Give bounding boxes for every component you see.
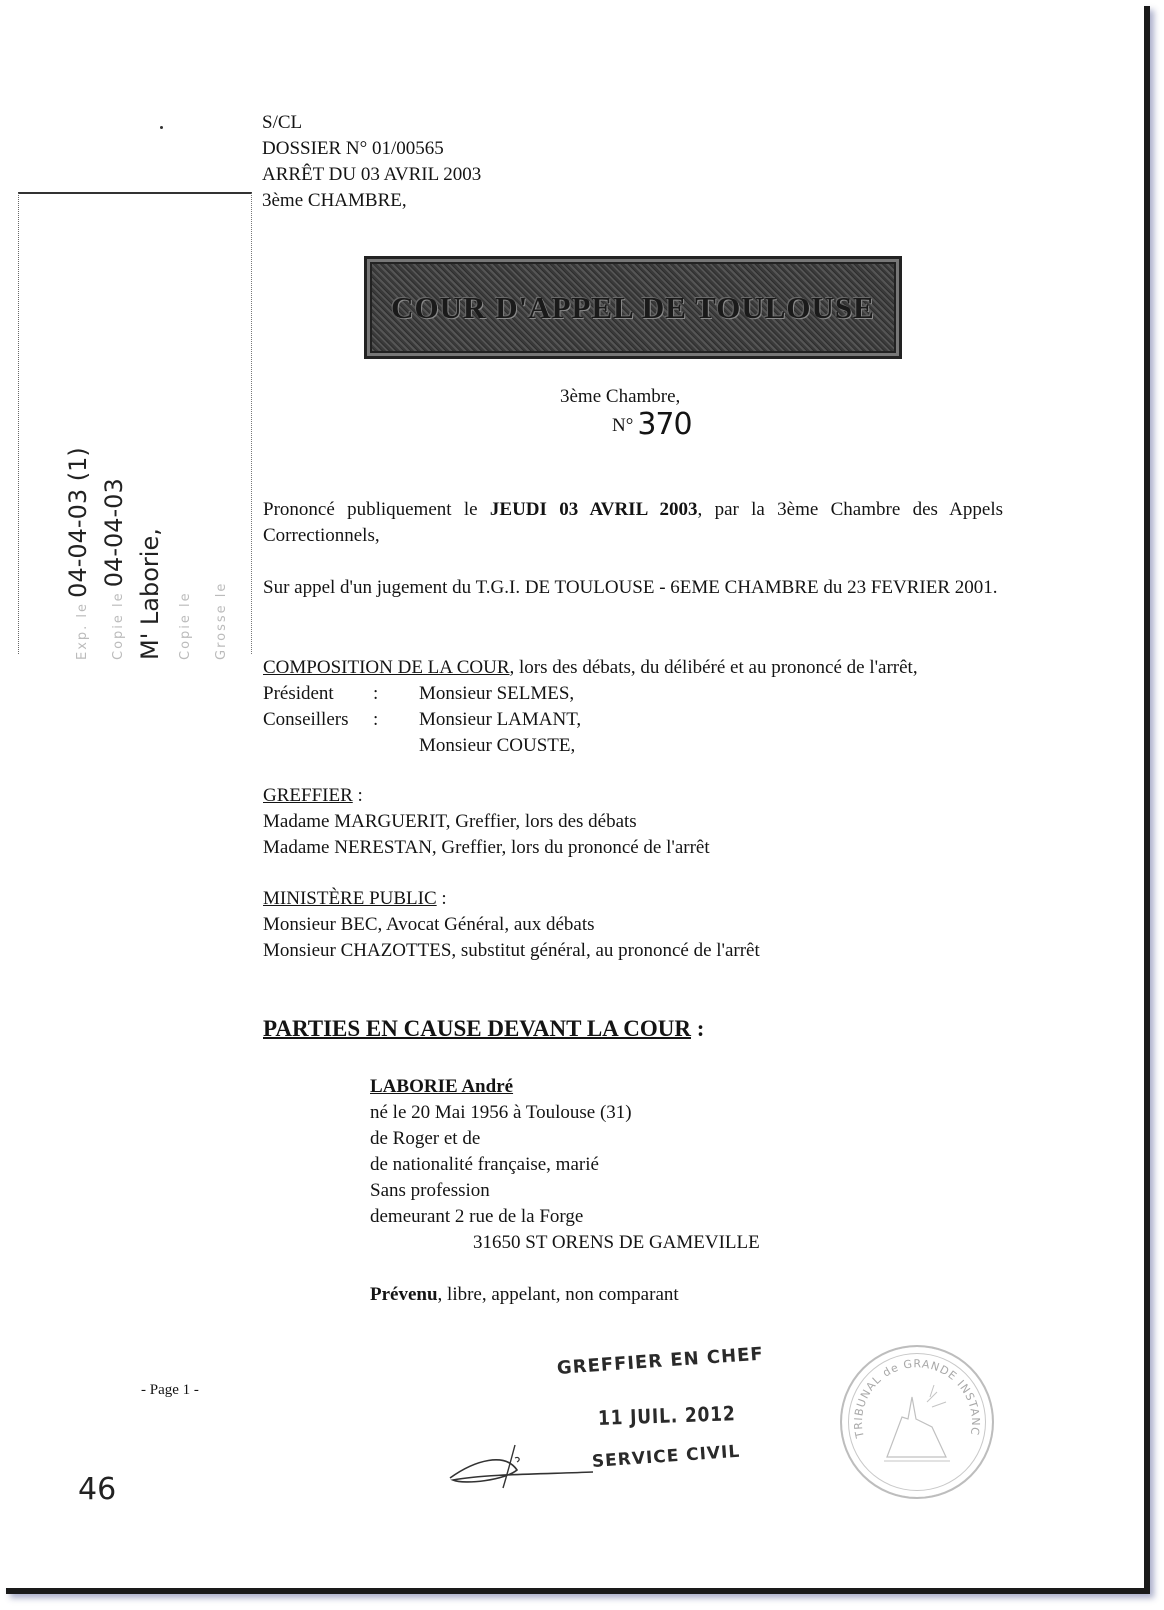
member-row: Conseillers : Monsieur LAMANT, xyxy=(263,707,1003,733)
party-line: né le 20 Mai 1956 à Toulouse (31) xyxy=(370,1100,760,1126)
dossier-number: DOSSIER N° 01/00565 xyxy=(262,136,481,162)
party-status: Prévenu, libre, appelant, non comparant xyxy=(370,1282,760,1308)
signature-icon xyxy=(445,1440,595,1490)
margin-note-copie: Copie le 04-04-03 xyxy=(96,447,132,660)
party-line: de nationalité française, marié xyxy=(370,1152,760,1178)
greffier-heading: GREFFIER : xyxy=(263,783,1003,809)
ministere-heading: MINISTÈRE PUBLIC : xyxy=(263,886,1003,912)
party-line: Sans profession xyxy=(370,1178,760,1204)
ministere-line: Monsieur CHAZOTTES, substitut général, a… xyxy=(263,938,1003,964)
page-number: - Page 1 - xyxy=(141,1382,199,1399)
court-name: COUR D'APPEL DE TOULOUSE xyxy=(391,290,875,326)
seal-graphic: TRIBUNAL de GRANDE INSTANCE de TOULOUSE xyxy=(842,1347,992,1497)
court-banner: COUR D'APPEL DE TOULOUSE xyxy=(364,256,902,359)
party-name: LABORIE André xyxy=(370,1074,760,1100)
stamp-service-civil: SERVICE CIVIL xyxy=(591,1442,741,1472)
greffier-section: GREFFIER : Madame MARGUERIT, Greffier, l… xyxy=(263,783,1003,861)
margin-note-copie-2: Copie le xyxy=(168,447,204,660)
margin-note-recipient: M' Laborie, xyxy=(132,447,168,660)
stamp-greffier-en-chef: GREFFIER EN CHEF xyxy=(556,1344,764,1379)
court-seal-icon: TRIBUNAL de GRANDE INSTANCE de TOULOUSE xyxy=(840,1345,994,1499)
handwritten-number: 370 xyxy=(637,407,691,442)
ministere-line: Monsieur BEC, Avocat Général, aux débats xyxy=(263,912,1003,938)
seal-text: TRIBUNAL de GRANDE INSTANCE de TOULOUSE xyxy=(842,1347,982,1440)
arret-date: ARRÊT DU 03 AVRIL 2003 xyxy=(262,162,481,188)
composition-heading: COMPOSITION DE LA COUR, lors des débats,… xyxy=(263,655,1003,681)
party-line: de Roger et de xyxy=(370,1126,760,1152)
stamp-date: 11 JUIL. 2012 xyxy=(598,1401,736,1430)
margin-note-expedition: Exp. le 04-04-03 (1) xyxy=(60,447,96,660)
party-details: LABORIE André né le 20 Mai 1956 à Toulou… xyxy=(370,1074,760,1308)
court-composition: COMPOSITION DE LA COUR, lors des débats,… xyxy=(263,655,1003,759)
ministere-public-section: MINISTÈRE PUBLIC : Monsieur BEC, Avocat … xyxy=(263,886,1003,964)
margin-notes: Exp. le 04-04-03 (1) Copie le 04-04-03 M… xyxy=(60,447,240,660)
svg-text:TRIBUNAL de GRANDE INSTANCE de: TRIBUNAL de GRANDE INSTANCE de TOULOUSE xyxy=(842,1347,982,1440)
chamber: 3ème CHAMBRE, xyxy=(262,188,481,214)
appeal-paragraph: Sur appel d'un jugement du T.G.I. DE TOU… xyxy=(263,575,1003,601)
party-city: 31650 ST ORENS DE GAMEVILLE xyxy=(370,1230,760,1256)
case-header: S/CL DOSSIER N° 01/00565 ARRÊT DU 03 AVR… xyxy=(262,110,481,214)
handwritten-date: 04-04-03 xyxy=(100,478,128,587)
handwritten-recipient: M' Laborie, xyxy=(136,528,164,660)
greffier-line: Madame MARGUERIT, Greffier, lors des déb… xyxy=(263,809,1003,835)
greffier-line: Madame NERESTAN, Greffier, lors du prono… xyxy=(263,835,1003,861)
member-row: Monsieur COUSTE, xyxy=(263,733,1003,759)
parties-heading: PARTIES EN CAUSE DEVANT LA COUR : xyxy=(263,1016,704,1042)
scan-speck xyxy=(160,126,163,129)
handwritten-page-number: 46 xyxy=(78,1472,116,1507)
document-page: Exp. le 04-04-03 (1) Copie le 04-04-03 M… xyxy=(0,0,1144,1588)
party-line: demeurant 2 rue de la Forge xyxy=(370,1204,760,1230)
member-row: Président : Monsieur SELMES, xyxy=(263,681,1003,707)
reference: S/CL xyxy=(262,110,481,136)
decision-number: N°370 xyxy=(612,412,692,439)
pronounce-paragraph: Prononcé publiquement le JEUDI 03 AVRIL … xyxy=(263,497,1003,549)
margin-note-grosse: Grosse le xyxy=(204,447,240,660)
handwritten-date: 04-04-03 (1) xyxy=(64,447,92,598)
